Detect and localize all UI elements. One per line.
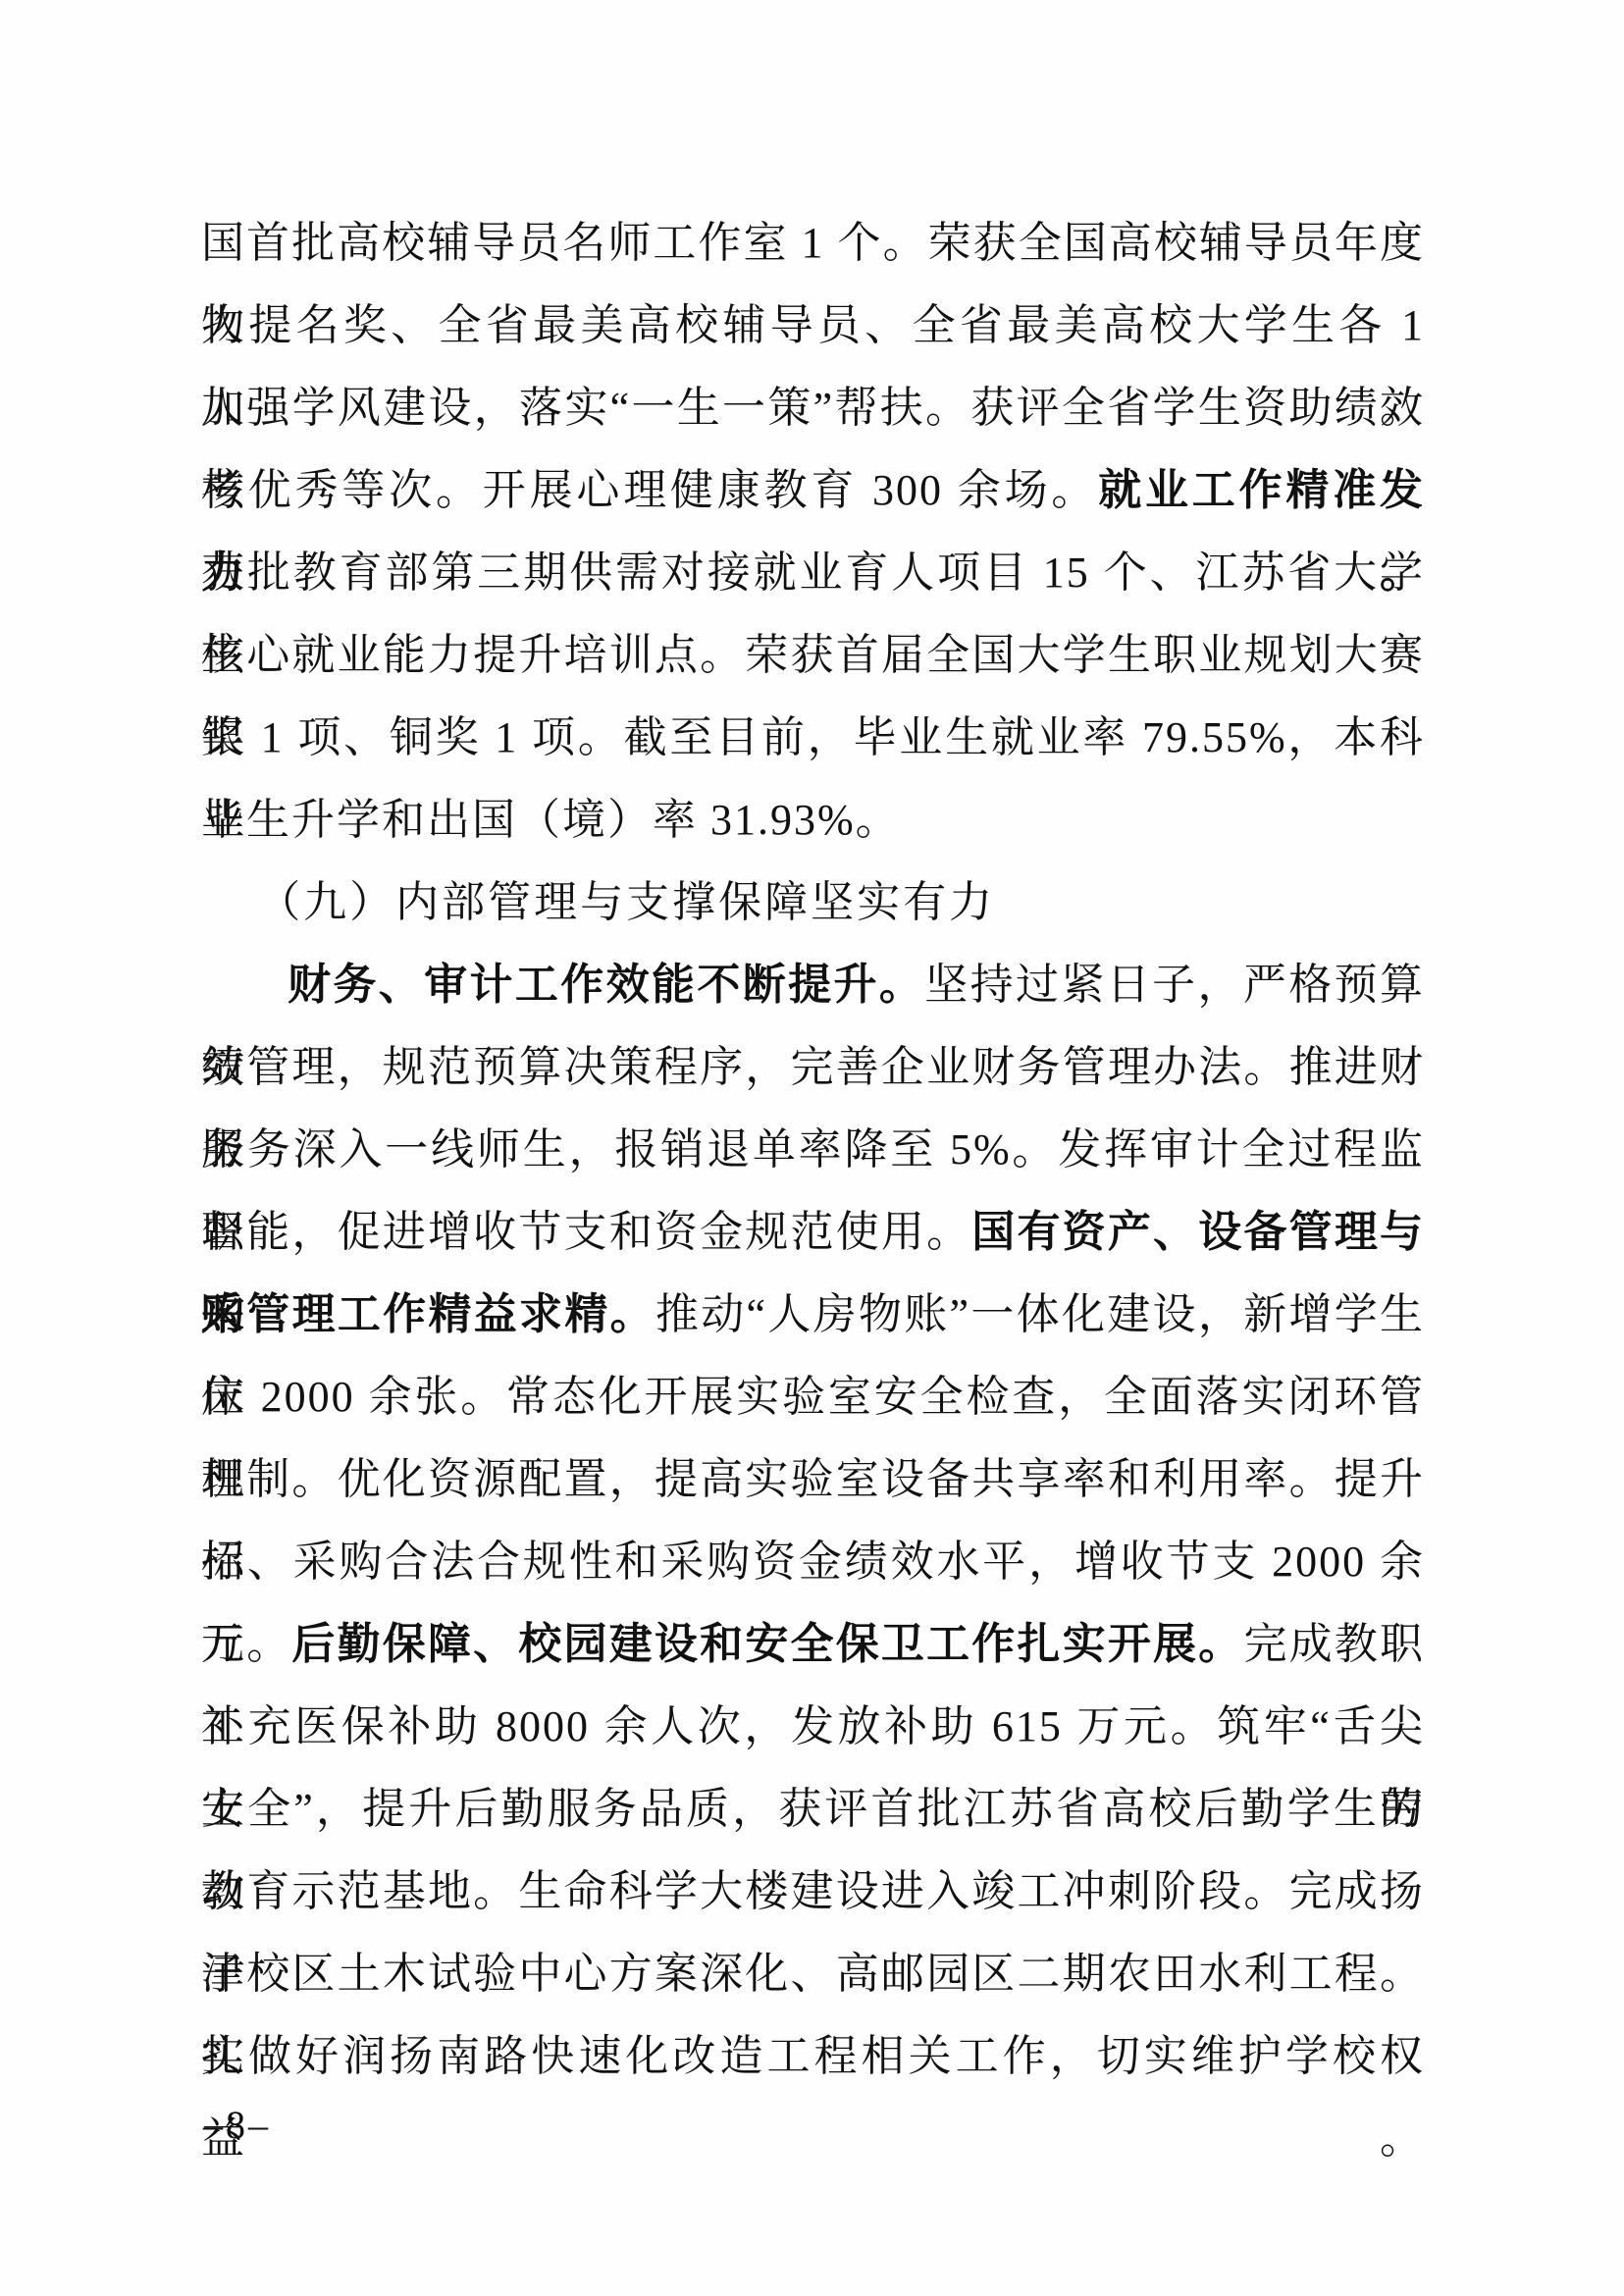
text-line: 国首批高校辅导员名师工作室 1 个。荣获全国高校辅导员年度人: [201, 202, 1425, 285]
text-line: 核优秀等次。开展心理健康教育 300 余场。就业工作精准发力。: [201, 449, 1425, 532]
text-line: 元。后勤保障、校园建设和安全保卫工作扎实开展。完成教职工: [201, 1603, 1425, 1686]
text-line: 物提名奖、全省最美高校辅导员、全省最美高校大学生各 1 人。: [201, 285, 1425, 367]
text-line: 服务深入一线师生，报销退单率降至 5%。发挥审计全过程监督: [201, 1109, 1425, 1191]
text-line: 位 2000 余张。常态化开展实验室安全检查，全面落实闭环管理: [201, 1356, 1425, 1438]
text-run: 业生升学和出国（境）率 31.93%。: [201, 796, 901, 844]
text-line: 获批教育部第三期供需对接就业育人项目 15 个、江苏省大学生: [201, 532, 1425, 614]
text-line: 机制。优化资源配置，提高实验室设备共享率和利用率。提升招: [201, 1438, 1425, 1521]
bold-text-run: 购管理工作精益求精。: [201, 1290, 655, 1338]
text-line: 实做好润扬南路快速化改造工程相关工作，切实维护学校权益。: [201, 2015, 1425, 2098]
bold-text-run: 后勤保障、校园建设和安全保卫工作扎实开展。: [291, 1620, 1243, 1668]
text-run: 元。: [201, 1620, 291, 1668]
text-run: 职能，促进增收节支和资金规范使用。: [201, 1208, 971, 1256]
document-page: 国首批高校辅导员名师工作室 1 个。荣获全国高校辅导员年度人物提名奖、全省最美高…: [0, 0, 1624, 2296]
section-heading: （九）内部管理与支撑保障坚实有力: [201, 861, 1425, 944]
document-body: 国首批高校辅导员名师工作室 1 个。荣获全国高校辅导员年度人物提名奖、全省最美高…: [201, 202, 1425, 2098]
bold-text-run: 财务、审计工作效能不断提升。: [288, 961, 924, 1009]
text-line: 购管理工作精益求精。推动“人房物账”一体化建设，新增学生床: [201, 1274, 1425, 1356]
text-line: 财务、审计工作效能不断提升。坚持过紧日子，严格预算绩: [201, 944, 1425, 1026]
text-line: 奖 1 项、铜奖 1 项。截至目前，毕业生就业率 79.55%，本科毕: [201, 697, 1425, 779]
text-line: 津校区土木试验中心方案深化、高邮园区二期农田水利工程。扎: [201, 1933, 1425, 2015]
text-run: 实做好润扬南路快速化改造工程相关工作，切实维护学校权益。: [201, 2032, 1425, 2163]
text-line: 安全”，提升后勤服务品质，获评首批江苏省高校后勤学生劳动: [201, 1768, 1425, 1851]
text-line: 核心就业能力提升培训点。荣获首届全国大学生职业规划大赛银: [201, 614, 1425, 697]
text-line: 加强学风建设，落实“一生一策”帮扶。获评全省学生资助绩效考: [201, 367, 1425, 449]
text-line: 业生升学和出国（境）率 31.93%。: [201, 779, 1425, 861]
text-line: 标、采购合法合规性和采购资金绩效水平，增收节支 2000 余万: [201, 1521, 1425, 1603]
text-line: 效管理，规范预算决策程序，完善企业财务管理办法。推进财务: [201, 1026, 1425, 1109]
text-line: 教育示范基地。生命科学大楼建设进入竣工冲刺阶段。完成扬子: [201, 1851, 1425, 1933]
text-run: （九）内部管理与支撑保障坚实有力: [257, 878, 995, 926]
footer-page-number: –8–: [203, 2096, 271, 2155]
text-line: 补充医保补助 8000 余人次，发放补助 615 万元。筑牢“舌尖上的: [201, 1686, 1425, 1768]
text-line: 职能，促进增收节支和资金规范使用。国有资产、设备管理与采: [201, 1191, 1425, 1274]
text-run: 核优秀等次。开展心理健康教育 300 余场。: [201, 466, 1098, 514]
